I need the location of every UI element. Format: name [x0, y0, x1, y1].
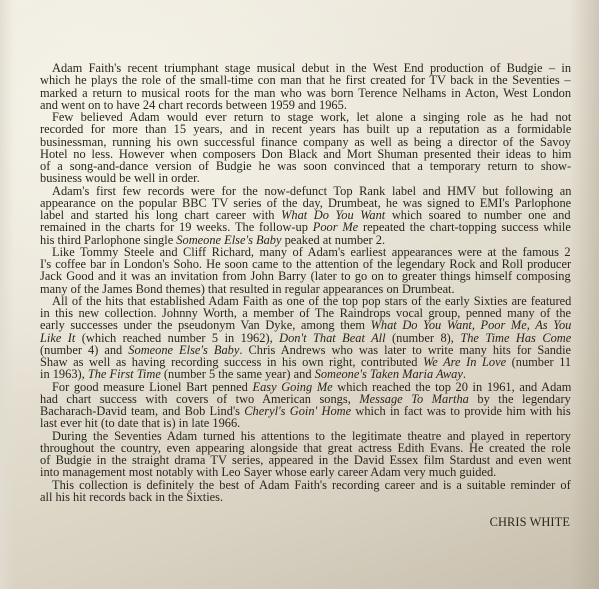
paragraph: Adam Faith's recent triumphant stage mus…: [40, 62, 571, 111]
text-run: repeated the chart-topping success while: [358, 220, 571, 234]
liner-notes-body: Adam Faith's recent triumphant stage mus…: [40, 62, 571, 503]
song-title: Cheryl's Goin' Home: [244, 404, 351, 418]
author-signature: CHRIS WHITE: [490, 515, 570, 530]
text-line: all his hit records back in the Sixties.: [40, 491, 571, 503]
text-run: all his hit records back in the Sixties.: [40, 490, 223, 504]
paragraph: This collection is definitely the best o…: [40, 479, 571, 504]
paragraph: All of the hits that established Adam Fa…: [40, 295, 571, 381]
paragraph: During the Seventies Adam turned his att…: [40, 430, 571, 479]
text-run: (number 11: [506, 355, 571, 369]
page-edge-shadow-right: [569, 0, 599, 589]
paragraph: Few believed Adam would ever return to s…: [40, 111, 571, 185]
paragraph: Adam's first few records were for the no…: [40, 185, 571, 246]
paragraph: Like Tommy Steele and Cliff Richard, man…: [40, 246, 571, 295]
paragraph: For good measure Lionel Bart penned Easy…: [40, 381, 571, 430]
text-run: which in fact was to provide him with hi…: [351, 404, 571, 418]
page-edge-shadow-left: [0, 0, 14, 589]
